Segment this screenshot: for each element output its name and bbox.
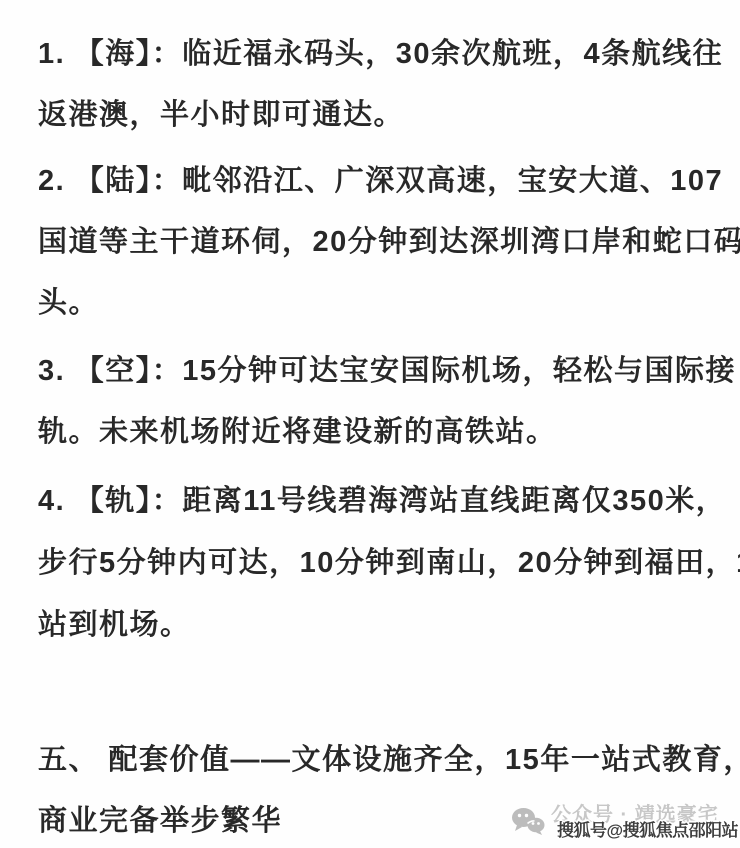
watermark: 公众号 · 靖选豪宅 搜狐号@搜狐焦点邵阳站 [505, 800, 740, 848]
text-line: 返港澳，半小时即可通达。 [38, 97, 404, 133]
text-line: 2. 【陆】：毗邻沿江、广深双高速，宝安大道、107 [38, 163, 723, 199]
text-line: 4. 【轨】：距离11号线碧海湾站直线距离仅350米， [38, 483, 726, 519]
text-line: 站到机场。 [38, 607, 191, 643]
heading-line: 五、 配套价值——文体设施齐全，15年一站式教育， [38, 742, 740, 778]
sohu-account-label: 搜狐号@搜狐焦点邵阳站 [557, 820, 738, 842]
text-line: 轨。未来机场附近将建设新的高铁站。 [38, 414, 557, 450]
wechat-icon [511, 807, 545, 835]
article-page: 1. 【海】：临近福永码头，30余次航班，4条航线往 返港澳，半小时即可通达。 … [0, 0, 740, 848]
text-line: 3. 【空】：15分钟可达宝安国际机场，轻松与国际接 [38, 353, 736, 389]
heading-line: 商业完备举步繁华 [38, 803, 282, 839]
text-line: 头。 [38, 285, 99, 321]
text-line: 国道等主干道环伺，20分钟到达深圳湾口岸和蛇口码 [38, 224, 740, 260]
text-line: 步行5分钟内可达，10分钟到南山，20分钟到福田，1 [38, 545, 740, 581]
text-line: 1. 【海】：临近福永码头，30余次航班，4条航线往 [38, 36, 723, 72]
